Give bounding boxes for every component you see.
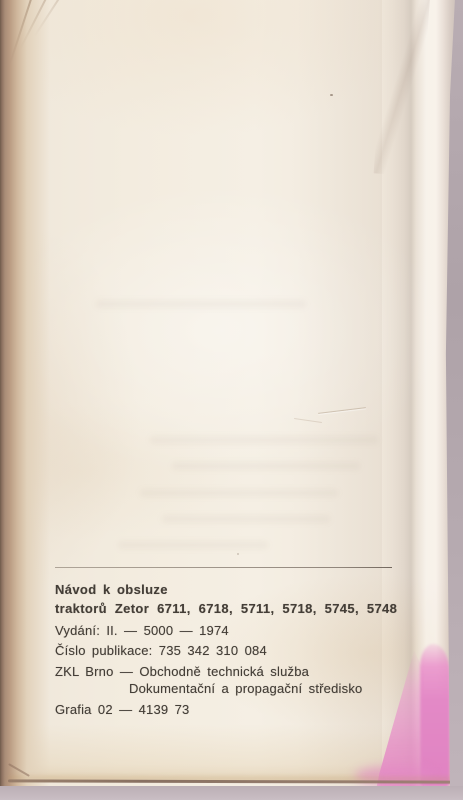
ink-speck [330, 94, 333, 96]
ghost-text-showthrough [162, 515, 330, 523]
scanned-book-page: Návod k obsluze traktorů Zetor 6711, 671… [0, 0, 463, 800]
colophon-publisher-dept: Dokumentační a propagační středisko [129, 682, 362, 696]
ghost-text-showthrough [172, 462, 360, 470]
colophon-title: Návod k obsluze [55, 583, 168, 597]
binding-edge [0, 0, 50, 787]
ink-speck [237, 553, 239, 555]
colophon-models: traktorů Zetor 6711, 6718, 5711, 5718, 5… [55, 602, 397, 616]
ghost-text-showthrough [118, 541, 268, 549]
scanner-background-bottom [0, 786, 463, 800]
book-page: Návod k obsluze traktorů Zetor 6711, 671… [0, 0, 463, 787]
ghost-text-showthrough [150, 436, 378, 444]
colophon-publisher: ZKL Brno — Obchodně technická služba [55, 665, 309, 679]
colophon-publication-number: Číslo publikace: 735 342 310 084 [55, 644, 267, 658]
colophon-printer: Grafia 02 — 4139 73 [55, 703, 190, 717]
separator-rule [55, 567, 392, 568]
colophon-edition: Vydání: II. — 5000 — 1974 [55, 624, 229, 638]
ghost-text-showthrough [96, 300, 306, 308]
page-bottom-edge [8, 779, 451, 783]
pink-stain-strip [420, 644, 450, 787]
ghost-text-showthrough [140, 489, 338, 497]
